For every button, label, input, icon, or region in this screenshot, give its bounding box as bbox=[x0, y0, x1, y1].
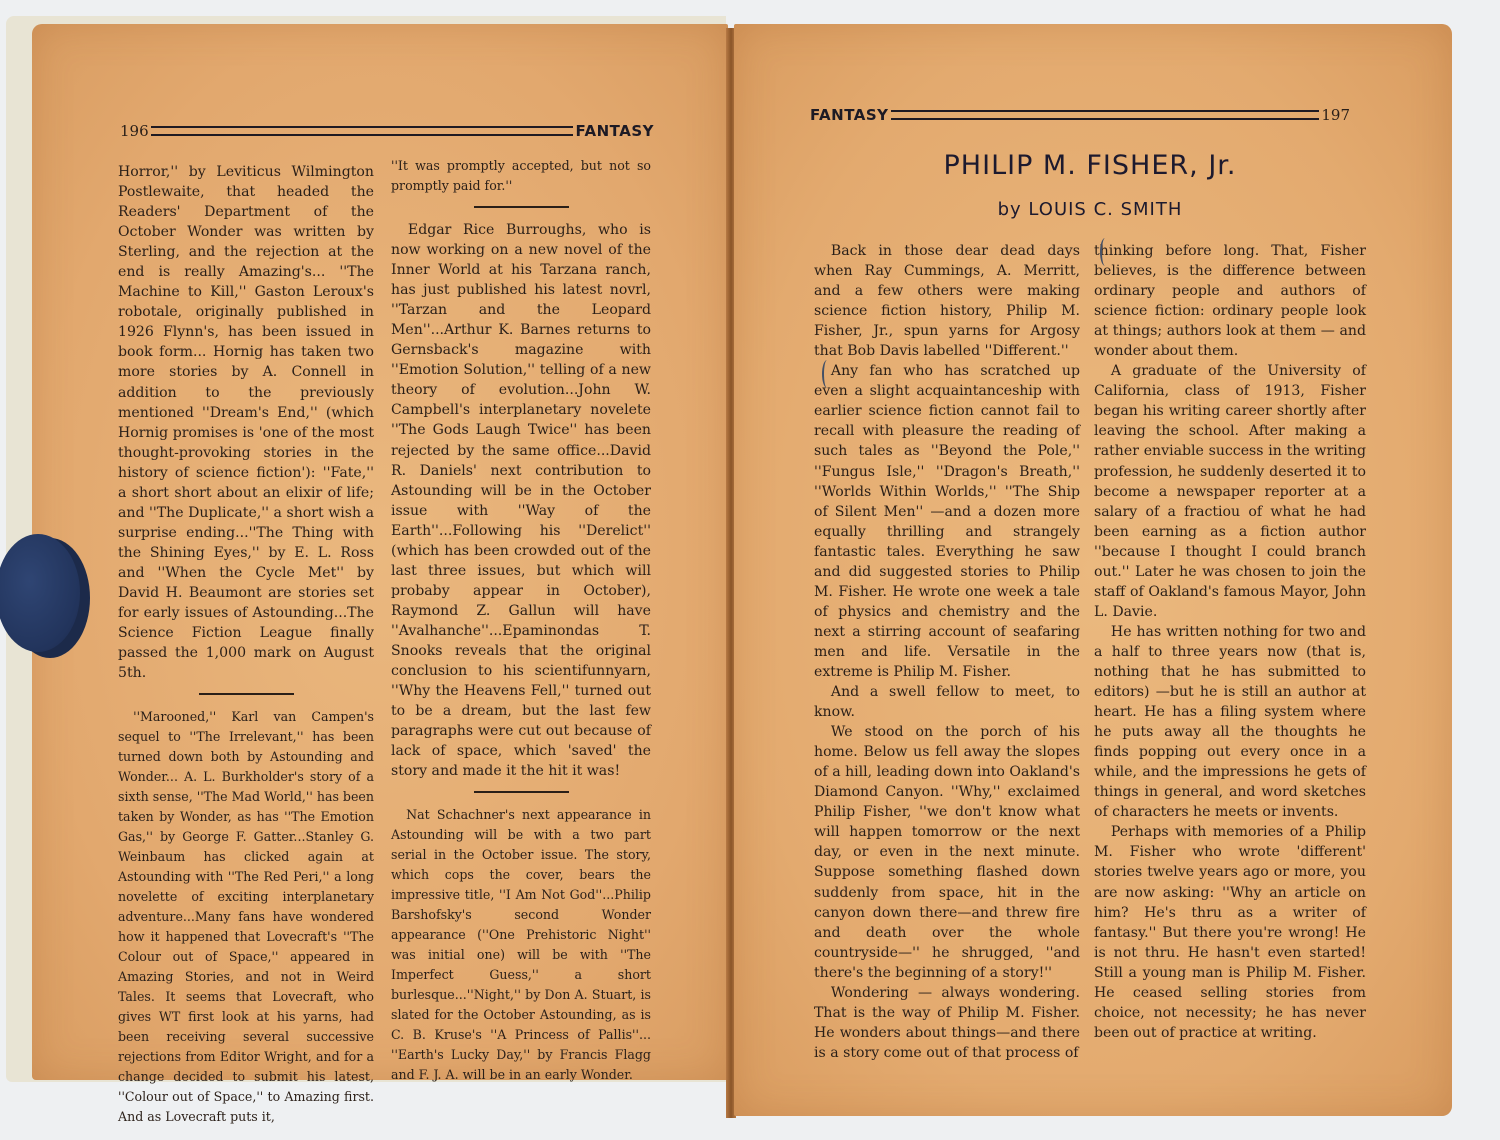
pencil-mark bbox=[822, 360, 832, 388]
page-number: 196 bbox=[120, 122, 149, 140]
paragraph: Wondering — always wondering. That is th… bbox=[814, 983, 1080, 1063]
section-divider bbox=[474, 791, 569, 793]
paragraph: Nat Schachner's next appearance in Astou… bbox=[391, 805, 651, 1085]
paragraph: He has written nothing for two and a hal… bbox=[1094, 622, 1366, 822]
article-title: PHILIP M. FISHER, Jr. bbox=[740, 150, 1440, 181]
paragraph: ''Marooned,'' Karl van Campen's sequel t… bbox=[118, 707, 374, 1127]
left-column-2: ''It was promptly accepted, but not so p… bbox=[391, 156, 651, 1085]
left-page-header: 196 FANTASY bbox=[120, 122, 654, 140]
paragraph: ''It was promptly accepted, but not so p… bbox=[391, 156, 651, 196]
right-column-2: thinking before long. That, Fisher belie… bbox=[1094, 241, 1366, 1043]
right-page-header: FANTASY 197 bbox=[810, 106, 1350, 124]
article-byline: by LOUIS C. SMITH bbox=[740, 199, 1440, 220]
page-number: 197 bbox=[1321, 106, 1350, 124]
paragraph: Edgar Rice Burroughs, who is now working… bbox=[391, 220, 651, 781]
paragraph: Any fan who has scratched up even a slig… bbox=[814, 361, 1080, 682]
paragraph: And a swell fellow to meet, to know. bbox=[814, 682, 1080, 722]
running-head: FANTASY bbox=[810, 106, 889, 124]
running-head: FANTASY bbox=[575, 122, 654, 140]
paragraph: Perhaps with memories of a Philip M. Fis… bbox=[1094, 822, 1366, 1043]
paragraph: Back in those dear dead days when Ray Cu… bbox=[814, 241, 1080, 361]
pencil-mark bbox=[1100, 238, 1110, 266]
header-rule bbox=[891, 110, 1320, 120]
section-divider bbox=[199, 693, 294, 695]
paragraph: A graduate of the University of Californ… bbox=[1094, 361, 1366, 622]
binder-clip bbox=[0, 534, 96, 654]
left-column-1: Horror,'' by Leviticus Wilmington Postle… bbox=[118, 162, 374, 1127]
paragraph: We stood on the porch of his home. Below… bbox=[814, 722, 1080, 983]
paragraph: Horror,'' by Leviticus Wilmington Postle… bbox=[118, 162, 374, 683]
header-rule bbox=[151, 126, 574, 136]
right-column-1: Back in those dear dead days when Ray Cu… bbox=[814, 241, 1080, 1063]
paragraph: thinking before long. That, Fisher belie… bbox=[1094, 241, 1366, 361]
section-divider bbox=[474, 206, 569, 208]
